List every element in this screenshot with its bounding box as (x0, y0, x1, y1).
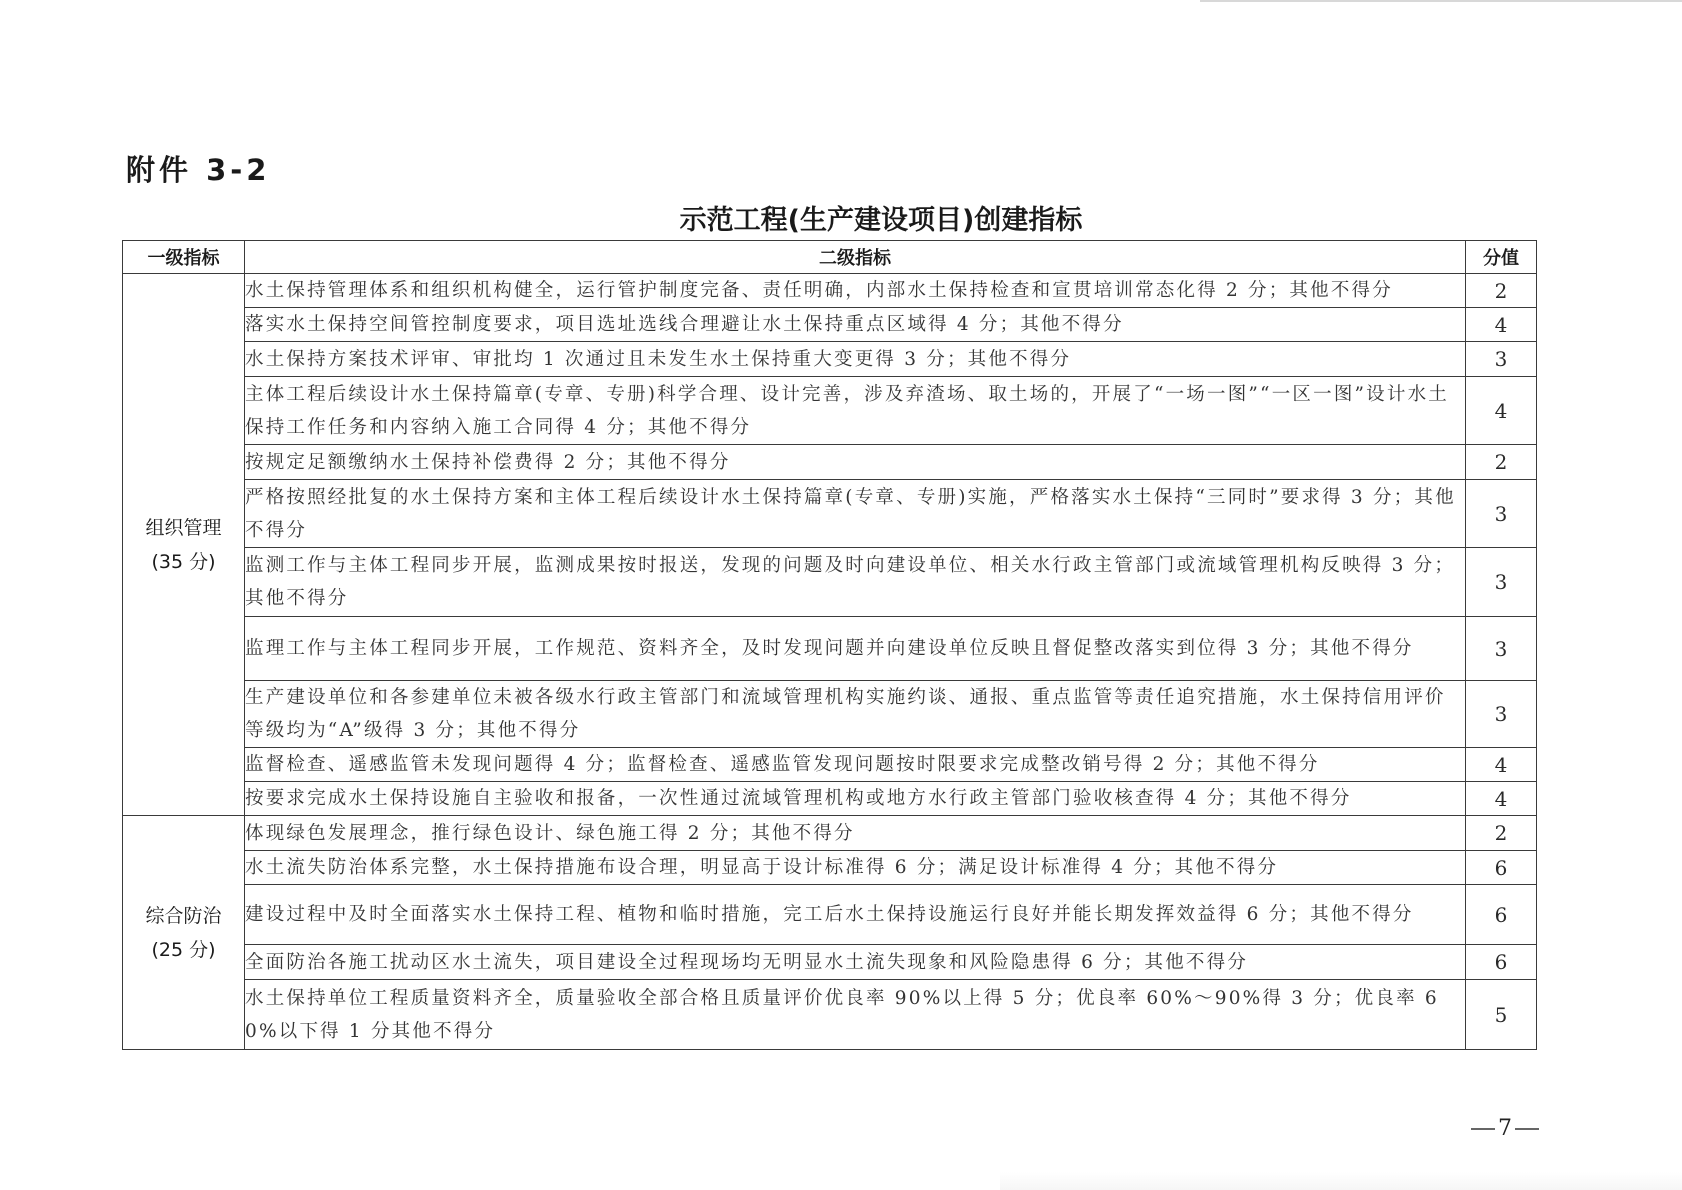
table-row: 主体工程后续设计水土保持篇章(专章、专册)科学合理、设计完善，涉及弃渣场、取土场… (123, 377, 1537, 445)
table-header-row: 一级指标 二级指标 分值 (123, 241, 1537, 274)
scan-edge-line (1200, 0, 1682, 2)
dash-left (1471, 1128, 1495, 1130)
scan-noise (1000, 1172, 1682, 1190)
table-row: 建设过程中及时全面落实水土保持工程、植物和临时措施，完工后水土保持设施运行良好并… (123, 885, 1537, 945)
score-value: 3 (1466, 342, 1537, 377)
document-title: 示范工程(生产建设项目)创建指标 (0, 198, 1682, 237)
score-value: 2 (1466, 274, 1537, 308)
level2-indicator-text: 全面防治各施工扰动区水土流失，项目建设全过程现场均无明显水土流失现象和风险隐患得… (245, 945, 1466, 980)
table-row: 综合防治(25 分)体现绿色发展理念，推行绿色设计、绿色施工得 2 分；其他不得… (123, 816, 1537, 851)
attachment-label: 附件 3-2 (126, 148, 271, 189)
score-value: 3 (1466, 548, 1537, 617)
level1-indicator-name: 组织管理 (123, 511, 244, 545)
level2-indicator-text: 监测工作与主体工程同步开展，监测成果按时报送，发现的问题及时向建设单位、相关水行… (245, 548, 1466, 617)
level2-indicator-text: 严格按照经批复的水土保持方案和主体工程后续设计水土保持篇章(专章、专册)实施，严… (245, 480, 1466, 548)
dash-right (1515, 1128, 1539, 1130)
level2-indicator-text: 建设过程中及时全面落实水土保持工程、植物和临时措施，完工后水土保持设施运行良好并… (245, 885, 1466, 945)
table-row: 生产建设单位和各参建单位未被各级水行政主管部门和流域管理机构实施约谈、通报、重点… (123, 681, 1537, 748)
level2-indicator-text: 监理工作与主体工程同步开展，工作规范、资料齐全，及时发现问题并向建设单位反映且督… (245, 617, 1466, 681)
table-row: 严格按照经批复的水土保持方案和主体工程后续设计水土保持篇章(专章、专册)实施，严… (123, 480, 1537, 548)
level1-indicator-name: 综合防治 (123, 899, 244, 933)
table-row: 水土保持单位工程质量资料齐全，质量验收全部合格且质量评价优良率 90%以上得 5… (123, 980, 1537, 1050)
level2-indicator-text: 落实水土保持空间管控制度要求，项目选址选线合理避让水土保持重点区域得 4 分；其… (245, 308, 1466, 342)
level2-indicator-text: 水土保持管理体系和组织机构健全，运行管护制度完备、责任明确，内部水土保持检查和宣… (245, 274, 1466, 308)
column-header-score: 分值 (1466, 241, 1537, 274)
table-row: 监测工作与主体工程同步开展，监测成果按时报送，发现的问题及时向建设单位、相关水行… (123, 548, 1537, 617)
score-value: 6 (1466, 945, 1537, 980)
score-value: 3 (1466, 681, 1537, 748)
score-value: 2 (1466, 445, 1537, 480)
level2-indicator-text: 水土流失防治体系完整，水土保持措施布设合理，明显高于设计标准得 6 分；满足设计… (245, 851, 1466, 885)
table-row: 全面防治各施工扰动区水土流失，项目建设全过程现场均无明显水土流失现象和风险隐患得… (123, 945, 1537, 980)
table-row: 监督检查、遥感监管未发现问题得 4 分；监督检查、遥感监管发现问题按时限要求完成… (123, 748, 1537, 782)
page-number: 7 (1440, 1116, 1570, 1141)
level1-indicator-cell: 组织管理(35 分) (123, 274, 245, 816)
score-value: 6 (1466, 851, 1537, 885)
level1-indicator-cell: 综合防治(25 分) (123, 816, 245, 1050)
table-row: 按规定足额缴纳水土保持补偿费得 2 分；其他不得分2 (123, 445, 1537, 480)
level1-indicator-points: (35 分) (123, 545, 244, 579)
table-row: 监理工作与主体工程同步开展，工作规范、资料齐全，及时发现问题并向建设单位反映且督… (123, 617, 1537, 681)
table-row: 按要求完成水土保持设施自主验收和报备，一次性通过流域管理机构或地方水行政主管部门… (123, 782, 1537, 816)
score-value: 3 (1466, 480, 1537, 548)
level2-indicator-text: 监督检查、遥感监管未发现问题得 4 分；监督检查、遥感监管发现问题按时限要求完成… (245, 748, 1466, 782)
table-body: 组织管理(35 分)水土保持管理体系和组织机构健全，运行管护制度完备、责任明确，… (123, 274, 1537, 1050)
column-header-level2: 二级指标 (245, 241, 1466, 274)
table-row: 组织管理(35 分)水土保持管理体系和组织机构健全，运行管护制度完备、责任明确，… (123, 274, 1537, 308)
table-row: 水土保持方案技术评审、审批均 1 次通过且未发生水土保持重大变更得 3 分；其他… (123, 342, 1537, 377)
score-value: 4 (1466, 377, 1537, 445)
table-row: 水土流失防治体系完整，水土保持措施布设合理，明显高于设计标准得 6 分；满足设计… (123, 851, 1537, 885)
table-row: 落实水土保持空间管控制度要求，项目选址选线合理避让水土保持重点区域得 4 分；其… (123, 308, 1537, 342)
score-value: 4 (1466, 748, 1537, 782)
level2-indicator-text: 水土保持方案技术评审、审批均 1 次通过且未发生水土保持重大变更得 3 分；其他… (245, 342, 1466, 377)
level2-indicator-text: 生产建设单位和各参建单位未被各级水行政主管部门和流域管理机构实施约谈、通报、重点… (245, 681, 1466, 748)
column-header-level1: 一级指标 (123, 241, 245, 274)
level2-indicator-text: 按规定足额缴纳水土保持补偿费得 2 分；其他不得分 (245, 445, 1466, 480)
score-value: 2 (1466, 816, 1537, 851)
score-value: 6 (1466, 885, 1537, 945)
criteria-table: 一级指标 二级指标 分值 组织管理(35 分)水土保持管理体系和组织机构健全，运… (122, 240, 1537, 1050)
level2-indicator-text: 体现绿色发展理念，推行绿色设计、绿色施工得 2 分；其他不得分 (245, 816, 1466, 851)
level2-indicator-text: 水土保持单位工程质量资料齐全，质量验收全部合格且质量评价优良率 90%以上得 5… (245, 980, 1466, 1050)
score-value: 4 (1466, 308, 1537, 342)
page-number-value: 7 (1498, 1116, 1512, 1141)
level1-indicator-points: (25 分) (123, 933, 244, 967)
level2-indicator-text: 按要求完成水土保持设施自主验收和报备，一次性通过流域管理机构或地方水行政主管部门… (245, 782, 1466, 816)
score-value: 5 (1466, 980, 1537, 1050)
score-value: 3 (1466, 617, 1537, 681)
level2-indicator-text: 主体工程后续设计水土保持篇章(专章、专册)科学合理、设计完善，涉及弃渣场、取土场… (245, 377, 1466, 445)
score-value: 4 (1466, 782, 1537, 816)
